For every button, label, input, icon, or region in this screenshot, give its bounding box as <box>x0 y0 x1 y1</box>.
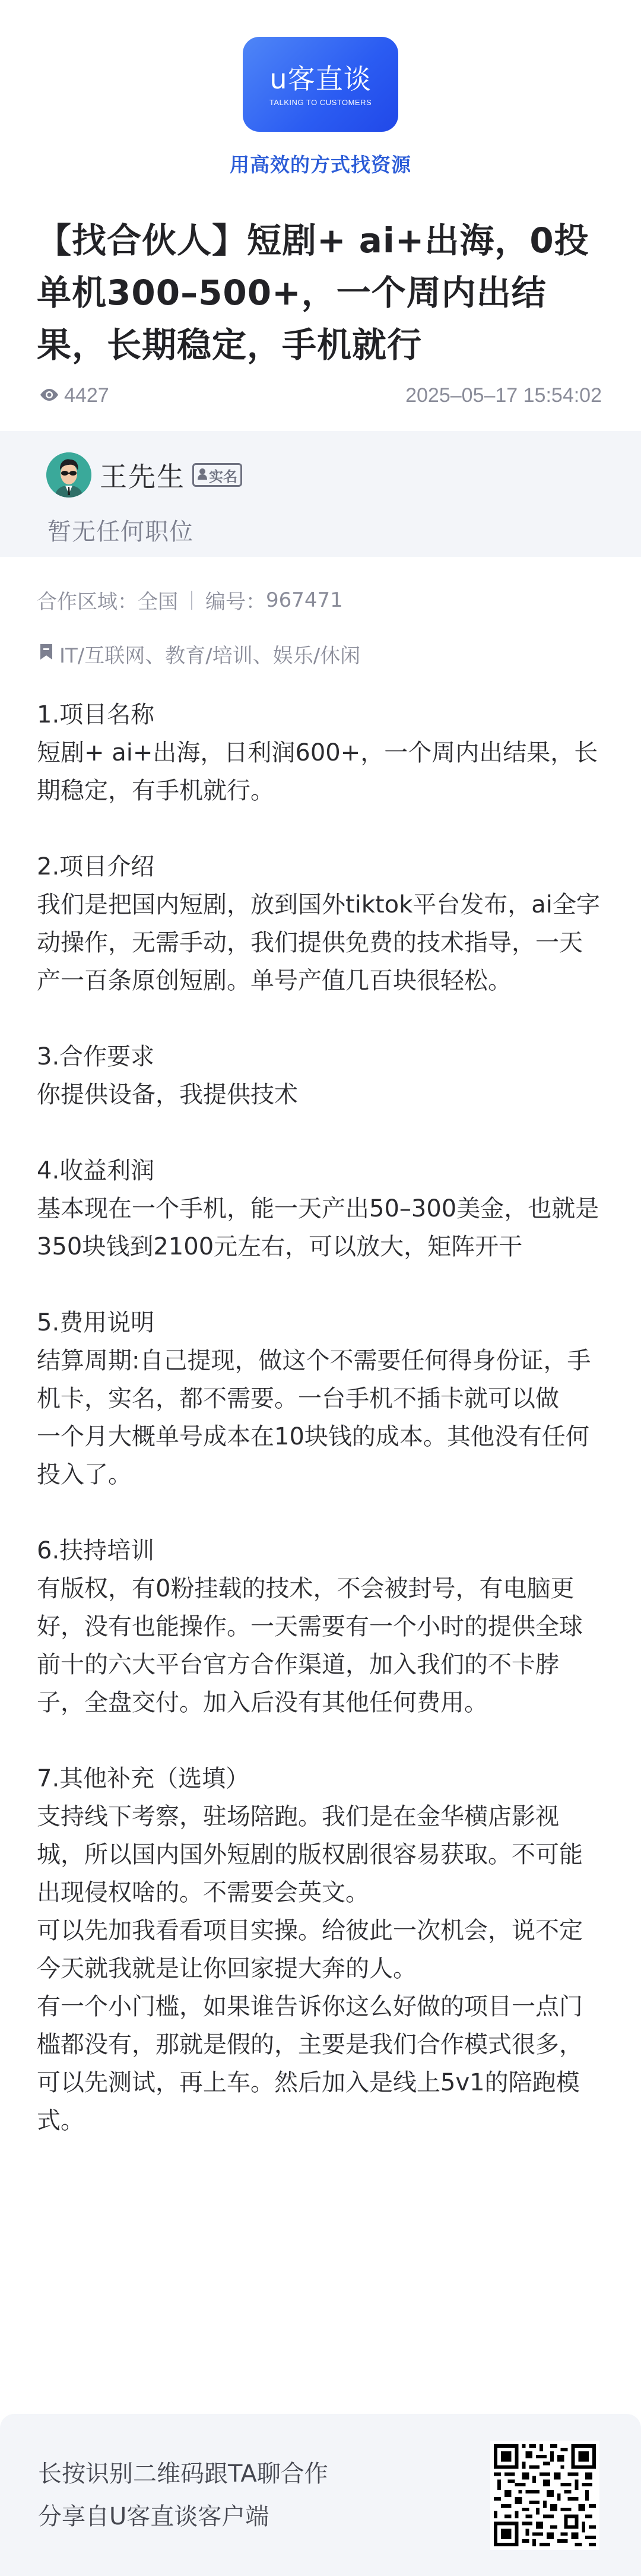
brand-logo: u客直谈 TALKING TO CUSTOMERS <box>243 37 398 132</box>
id-label: 编号： <box>205 585 266 614</box>
section-body: 你提供设备，我提供技术 <box>37 1076 604 1114</box>
post-timestamp: 2025–05–17 15:54:02 <box>405 384 602 407</box>
section-heading: 6.扶持培训 <box>37 1532 604 1570</box>
verified-badge-label: 实名 <box>209 465 237 486</box>
user-row: 王先生 实名 <box>47 452 594 498</box>
section-heading: 5.费用说明 <box>37 1304 604 1342</box>
avatar[interactable] <box>46 452 91 498</box>
eye-icon <box>39 384 59 407</box>
footer-text: 长按识别二维码跟TA聊合作 分享自U客直谈客户端 <box>38 2453 328 2538</box>
section-heading: 2.项目介绍 <box>37 848 604 886</box>
section-project-intro: 2.项目介绍 我们是把国内短剧，放到国外tiktok平台发布，ai全字动操作，无… <box>37 848 604 1000</box>
section-body: 短剧+ ai+出海，日利润600+，一个周内出结果，长期稳定，有手机就行。 <box>37 734 604 810</box>
section-training: 6.扶持培训 有版权，有0粉挂载的技术，不会被封号，有电脑更好，没有也能操作。一… <box>37 1532 604 1722</box>
bookmark-icon <box>39 642 53 666</box>
section-heading: 4.收益利润 <box>37 1152 604 1190</box>
section-body: 有版权，有0粉挂载的技术，不会被封号，有电脑更好，没有也能操作。一天需要有一个小… <box>37 1570 604 1722</box>
id-value: 967471 <box>266 588 343 612</box>
slogan: 用高效的方式找资源 <box>230 150 411 178</box>
person-icon <box>197 467 208 483</box>
logo-subtext: TALKING TO CUSTOMERS <box>269 98 372 107</box>
section-project-name: 1.项目名称 短剧+ ai+出海，日利润600+，一个周内出结果，长期稳定，有手… <box>37 696 604 810</box>
post-content: 1.项目名称 短剧+ ai+出海，日利润600+，一个周内出结果，长期稳定，有手… <box>37 696 604 2140</box>
footer-scan-hint: 长按识别二维码跟TA聊合作 <box>38 2453 328 2495</box>
section-body: 我们是把国内短剧，放到国外tiktok平台发布，ai全字动操作，无需手动，我们提… <box>37 886 604 1000</box>
info-divider <box>191 591 192 610</box>
section-fees: 5.费用说明 结算周期:自己提现，做这个不需要任何得身份证，手机卡，实名，都不需… <box>37 1304 604 1494</box>
view-count: 4427 <box>39 384 109 407</box>
user-name[interactable]: 王先生 <box>100 455 185 495</box>
section-body: 基本现在一个手机，能一天产出50–300美金，也就是350块钱到2100元左右，… <box>37 1190 604 1266</box>
footer-share-source: 分享自U客直谈客户端 <box>38 2495 328 2538</box>
qr-code-icon[interactable] <box>490 2441 599 2550</box>
user-card[interactable]: 王先生 实名 暂无任何职位 <box>0 431 641 557</box>
verified-badge: 实名 <box>192 463 242 487</box>
section-requirements: 3.合作要求 你提供设备，我提供技术 <box>37 1038 604 1114</box>
section-body: 结算周期:自己提现，做这个不需要任何得身份证，手机卡，实名，都不需要。一台手机不… <box>37 1342 604 1494</box>
section-other: 7.其他补充（选填） 支持线下考察，驻场陪跑。我们是在金华横店影视城，所以国内国… <box>37 1760 604 2140</box>
section-heading: 7.其他补充（选填） <box>37 1760 604 1798</box>
post-meta: 4427 2025–05–17 15:54:02 <box>39 384 602 407</box>
section-heading: 1.项目名称 <box>37 696 604 734</box>
area-value: 全国 <box>138 585 178 614</box>
share-footer: 长按识别二维码跟TA聊合作 分享自U客直谈客户端 <box>0 2414 641 2576</box>
view-count-value: 4427 <box>64 384 109 407</box>
section-body: 支持线下考察，驻场陪跑。我们是在金华横店影视城，所以国内国外短剧的版权剧很容易获… <box>37 1798 604 2140</box>
brand-header: u客直谈 TALKING TO CUSTOMERS 用高效的方式找资源 <box>0 0 641 178</box>
cooperation-info: 合作区域： 全国 编号： 967471 <box>37 585 604 614</box>
section-profit: 4.收益利润 基本现在一个手机，能一天产出50–300美金，也就是350块钱到2… <box>37 1152 604 1266</box>
industry-tags: IT/互联网、教育/培训、娱乐/休闲 <box>39 639 604 668</box>
user-position: 暂无任何职位 <box>47 513 594 547</box>
post-title: 【找合伙人】短剧+ ai+出海，0投单机300–500+，一个周内出结果，长期稳… <box>37 214 604 371</box>
section-heading: 3.合作要求 <box>37 1038 604 1076</box>
industry-tags-text: IT/互联网、教育/培训、娱乐/休闲 <box>59 639 360 668</box>
area-label: 合作区域： <box>37 585 138 614</box>
logo-text: u客直谈 <box>269 62 371 96</box>
